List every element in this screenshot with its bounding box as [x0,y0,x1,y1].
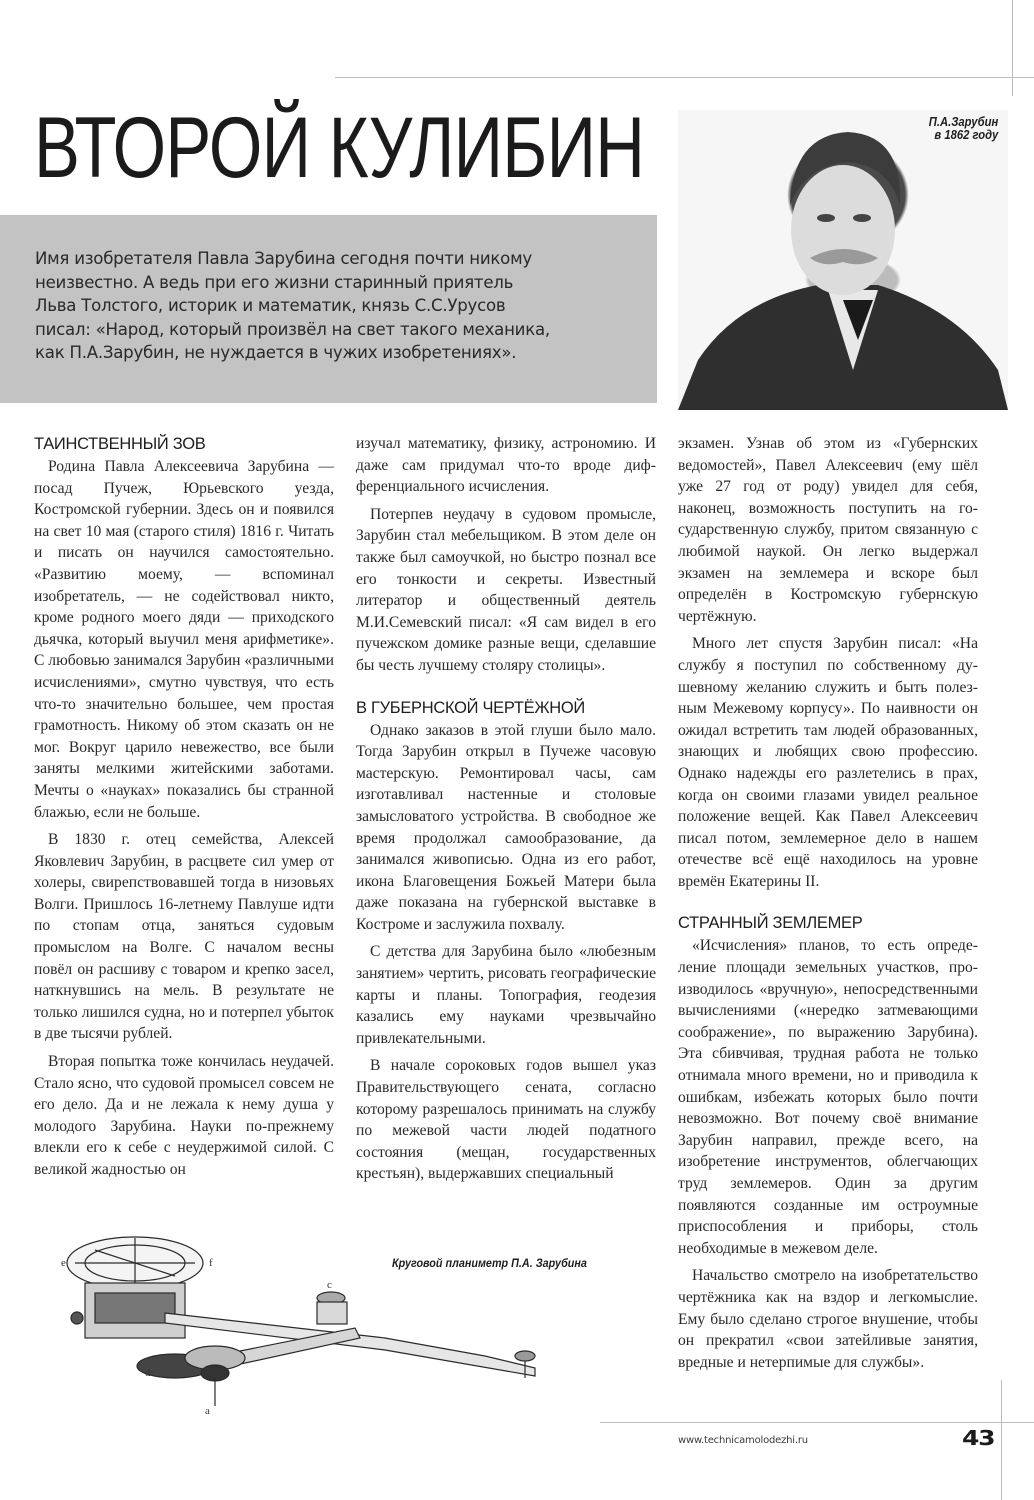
paragraph: Однако заказов в этой глуши было мало. Т… [356,720,656,936]
paragraph: В 1830 г. отец семейства, Алексей Яковле… [34,829,334,1045]
figure-caption: Круговой планиметр П.А. Зарубина [392,1256,587,1270]
text-column-3: экзамен. Узнав об этом из «Губернских ве… [678,433,978,1379]
top-rule [335,77,1034,78]
top-right-vertical-rule [1012,0,1013,96]
text-column-2: изучал математику, физику, астрономию. И… [356,433,656,1191]
bottom-right-vertical-rule [1001,1380,1002,1500]
paragraph: Вторая попытка тоже кончилась не­удачей.… [34,1051,334,1181]
paragraph: В начале сороковых годов вышел указ Прав… [356,1055,656,1185]
figure-label-c: c [327,1279,332,1291]
bottom-rule [600,1422,1034,1423]
paragraph: Начальство смотрело на изобретатель­ство… [678,1265,978,1373]
paragraph: Родина Павла Алексеевича Зару­бина — пос… [34,456,334,823]
section-heading: В ГУБЕРНСКОЙ ЧЕРТЁЖНОЙ [356,697,656,719]
section-heading: СТРАННЫЙ ЗЕМЛЕМЕР [678,912,978,934]
paragraph: С детства для Зарубина было «любез­ным з… [356,941,656,1049]
figure-label-d: d [145,1367,151,1379]
paragraph: Потерпев неудачу в судовом промыс­ле, За… [356,504,656,677]
portrait-illustration [678,110,1008,410]
portrait-caption: П.А.Зарубин в 1862 году [928,116,998,142]
text-column-1: ТАИНСТВЕННЫЙ ЗОВ Родина Павла Алексеевич… [34,433,334,1187]
paragraph: экзамен. Узнав об этом из «Губернских ве… [678,433,978,627]
paragraph: Много лет спустя Зарубин писал: «На служ… [678,633,978,892]
figure-label-f: f [209,1257,213,1269]
portrait-photo: П.А.Зарубин в 1862 году [678,110,1008,410]
section-heading: ТАИНСТВЕННЫЙ ЗОВ [34,433,334,455]
lead-paragraph: Имя изобретателя Павла Зарубина сегодня … [35,247,595,365]
figure-label-a: a [205,1405,210,1416]
article-title: ВТОРОЙ КУЛИБИН [34,100,546,196]
paragraph: «Исчисления» планов, то есть опреде­лени… [678,935,978,1259]
figure-label-e: e [61,1257,66,1269]
page-number: 43 [962,1426,994,1450]
footer-website-link[interactable]: www.technicamolodezhi.ru [678,1435,808,1446]
paragraph: изучал математику, физику, астрономию. И… [356,433,656,498]
